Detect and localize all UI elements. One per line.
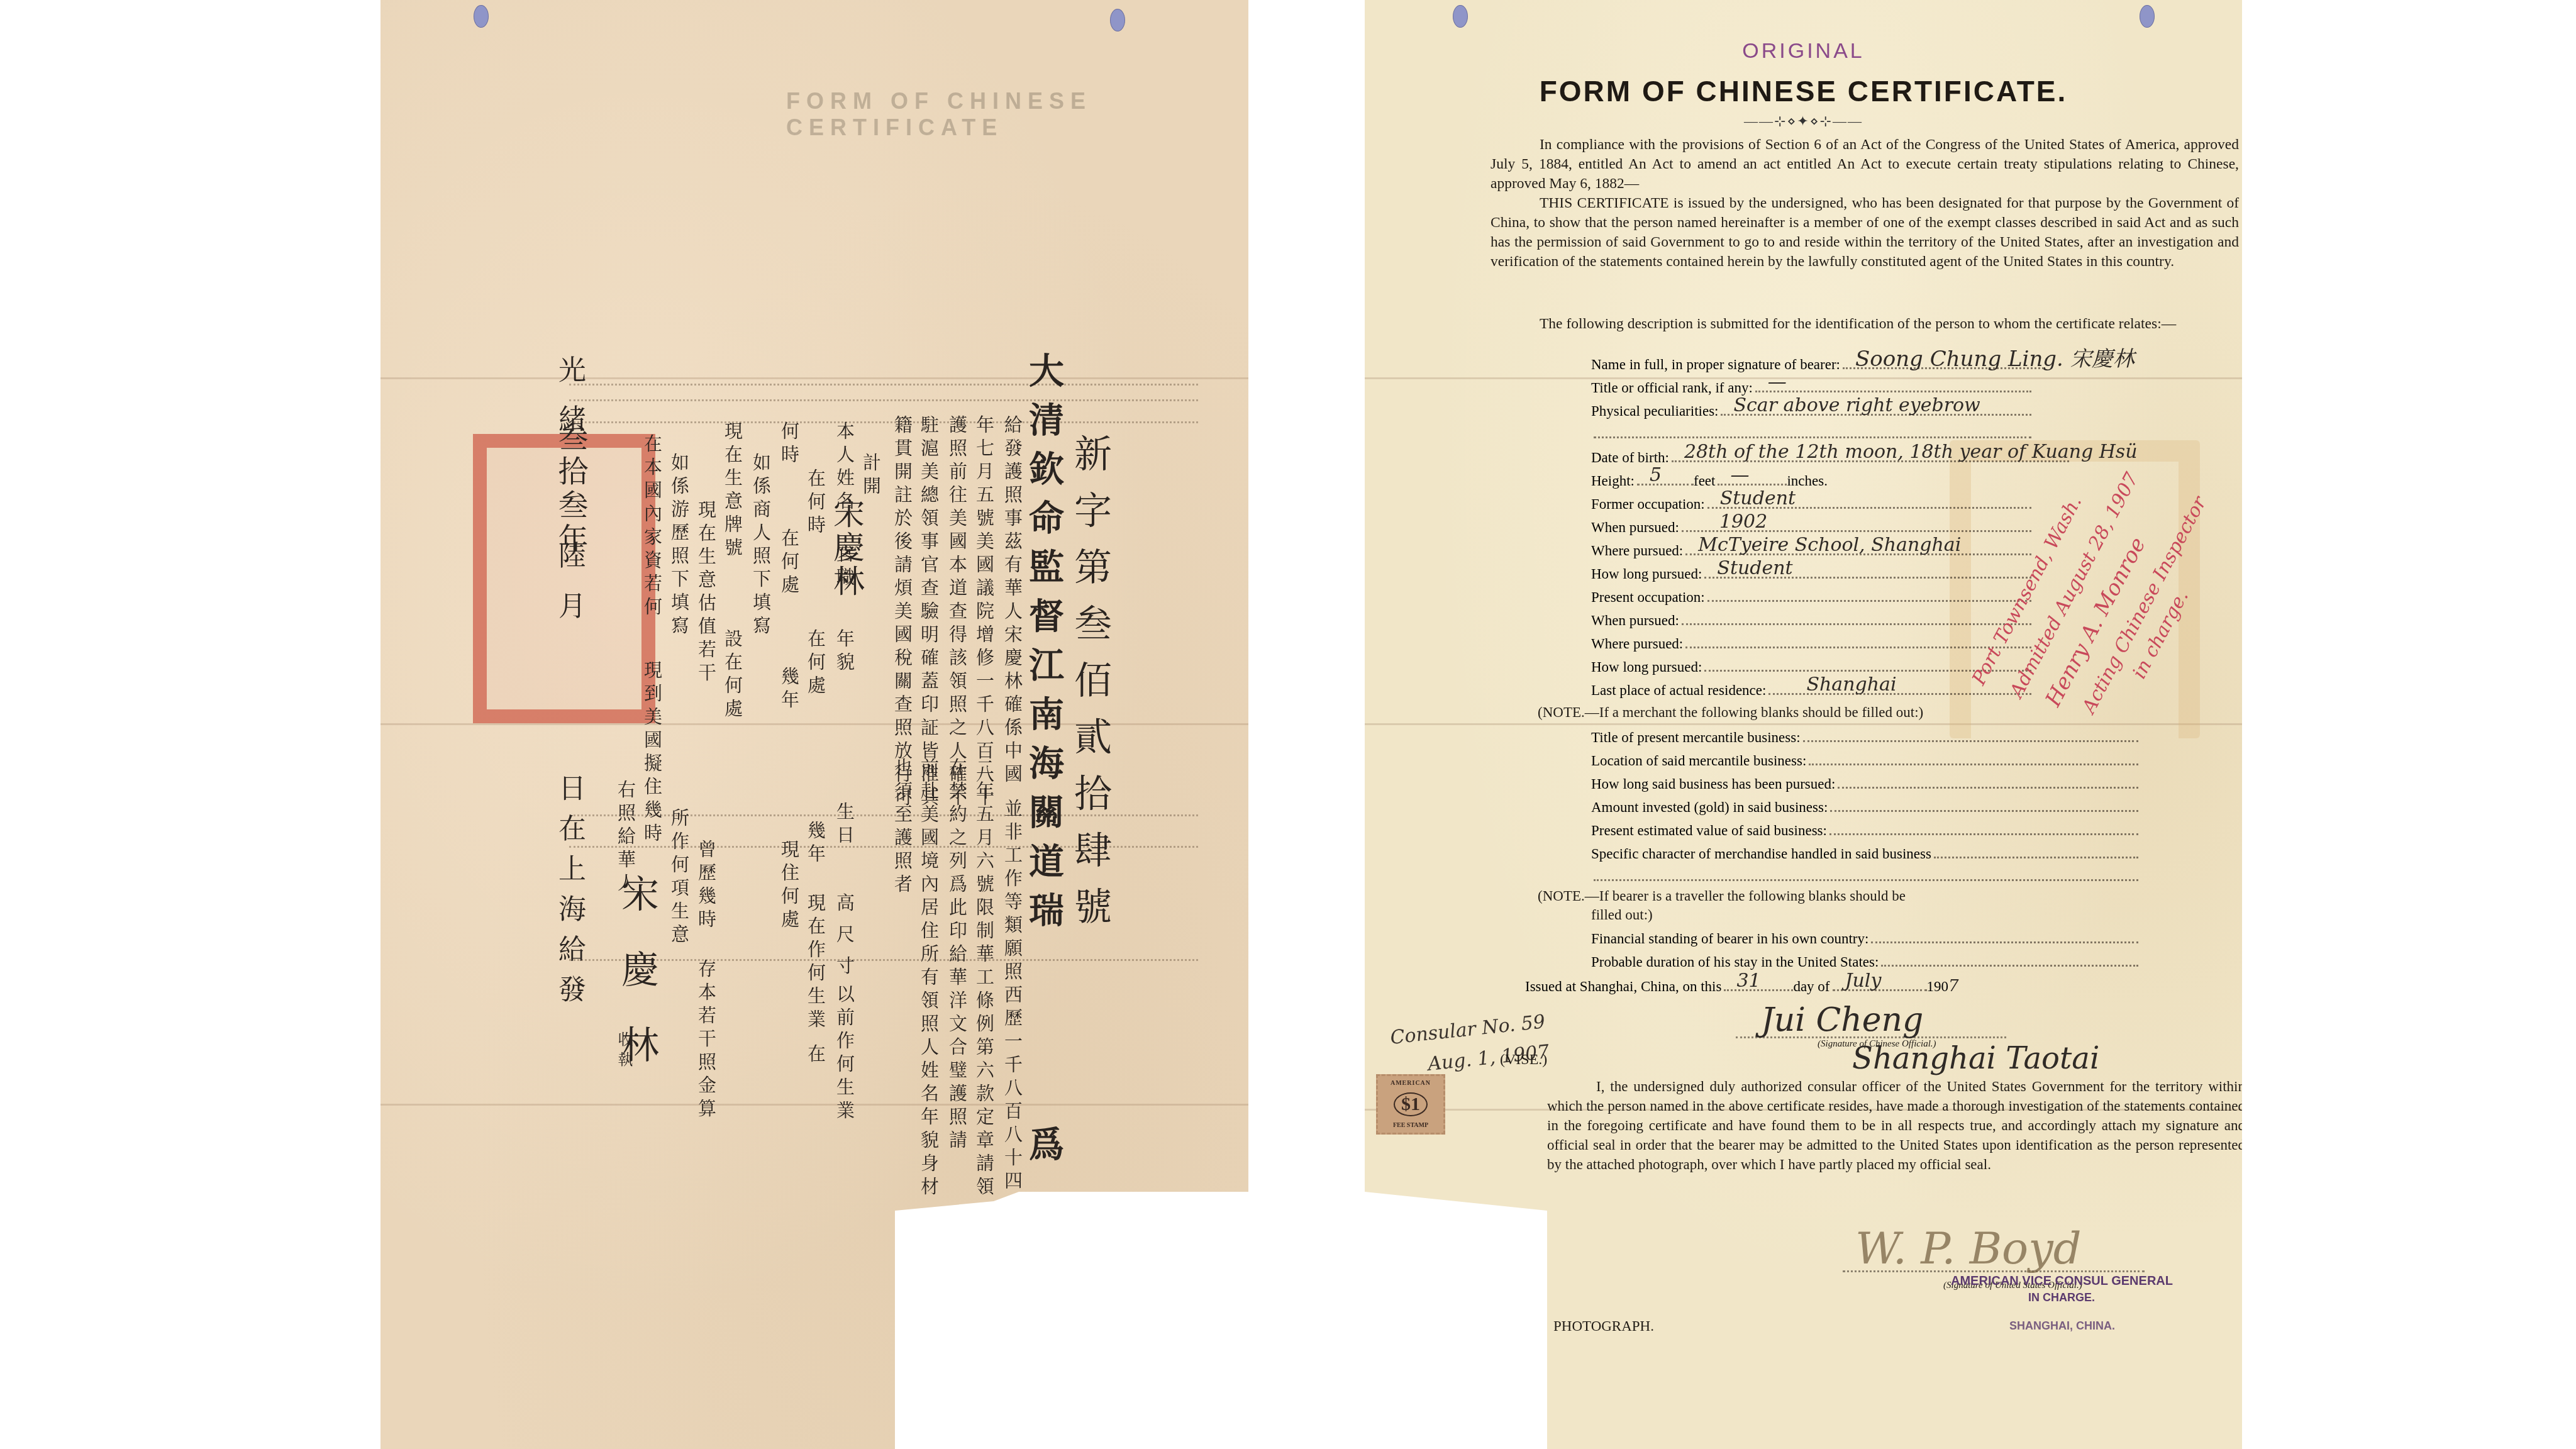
intro-column-lower: 在禁約之列爲此印給華洋文合璧護照請: [945, 758, 970, 1153]
english-certificate-page: ORIGINAL FORM OF CHINESE CERTIFICATE. ——…: [1365, 0, 2242, 1449]
field-business-duration[interactable]: How long said business has been pursued:: [1591, 775, 2138, 794]
field-mercantile-title[interactable]: Title of present mercantile business:: [1591, 728, 2138, 747]
fold-line: [380, 1104, 1248, 1106]
dotted-rule: [569, 399, 1198, 401]
fee-stamp: AMERICAN $1 FEE STAMP: [1376, 1074, 1445, 1135]
field-mercantile-location[interactable]: Location of said mercantile business:: [1591, 752, 2138, 770]
field-label-residence: 現住何處: [777, 840, 802, 933]
vise-label: (VISE.): [1500, 1052, 1547, 1069]
field-label-height: 高: [832, 893, 858, 916]
form-title: FORM OF CHINESE CERTIFICATE.: [1365, 74, 2242, 108]
fold-line: [380, 723, 1248, 725]
field-label-former-occupation: 以前作何生業: [832, 984, 858, 1124]
us-official-signature-line[interactable]: W. P. Boyd: [1843, 1233, 2145, 1272]
shanghai-china-stamp: SHANGHAI, CHINA.: [2009, 1319, 2115, 1333]
field-height[interactable]: Height: 5 feet — inches.: [1591, 472, 1843, 491]
field-label: 現在生意牌號: [720, 421, 746, 561]
field-label: 所作何項生意: [667, 808, 692, 948]
intro-column-lower: 前赴美國境內居住所有領照人姓名年貌身材: [916, 758, 942, 1200]
bleed-through-text: FORM OF CHINESE CERTIFICATE: [786, 88, 1248, 141]
pin-hole-icon: [1453, 5, 1468, 28]
field-label: 在何時: [803, 469, 829, 538]
field-merchandise-character[interactable]: Specific character of merchandise handle…: [1591, 845, 2138, 863]
issue-day-place: 日在上海給發: [549, 774, 589, 1015]
serial-value: 叁佰貳拾肆: [1068, 604, 1112, 887]
pin-hole-icon: [1110, 9, 1125, 31]
field-amount-invested[interactable]: Amount invested (gold) in said business:: [1591, 798, 2138, 817]
field-label: 現到美國擬住幾時: [640, 660, 665, 847]
field-label: 現在生意估值若干: [694, 500, 719, 686]
consul-statement: I, the undersigned duly authorized consu…: [1547, 1077, 2245, 1174]
field-label: 何時: [777, 421, 802, 468]
field-stay-duration[interactable]: Probable duration of his stay in the Uni…: [1591, 953, 2138, 972]
ornament-divider: ——⊹⋄✦⋄⊹——: [1365, 113, 2242, 130]
field-present-when-pursued[interactable]: When pursued:: [1591, 611, 2031, 630]
field-label-official-rank: 官職: [832, 544, 858, 591]
intro-column-lower: 二年五月六號限制華工條例第六款定章請領: [972, 758, 997, 1200]
chinese-certificate-page: FORM OF CHINESE CERTIFICATE 新字第叁佰貳拾肆號 大清…: [380, 0, 1248, 1449]
intro-column: 籍貫開註於後請煩美國稅關查照放行可: [890, 415, 916, 811]
field-label: 在何處: [777, 528, 802, 598]
field-physical-peculiarities[interactable]: Physical peculiarities:Scar above right …: [1591, 402, 2031, 421]
field-label: 曾歷幾時: [694, 840, 719, 933]
field-last-residence[interactable]: Last place of actual residence:Shanghai: [1591, 681, 2031, 700]
intro-column: 駐滬美總領事官查驗明確蓋印証皆准其: [916, 415, 942, 811]
pin-hole-icon: [2140, 5, 2155, 28]
intro-column-lower: 也須至護照者: [890, 758, 916, 897]
field-former-occupation[interactable]: Former occupation:Student: [1591, 495, 2031, 514]
field-estimated-value[interactable]: Present estimated value of said business…: [1591, 821, 2138, 840]
field-merchandise-character-cont[interactable]: [1591, 868, 2138, 881]
vice-consul-stamp: AMERICAN VICE CONSUL GENERAL: [1951, 1274, 2173, 1289]
field-physical-peculiarities-cont[interactable]: [1591, 425, 2031, 438]
serial-suffix: 號: [1068, 887, 1112, 943]
field-label: 年貌: [832, 629, 858, 675]
month-number: 陸: [549, 541, 589, 590]
serial-number: 新字第叁佰貳拾肆號: [1063, 434, 1117, 943]
chinese-official-signature-line[interactable]: Jui Cheng: [1736, 1014, 2006, 1038]
merchant-note: (NOTE.—If a merchant the following blank…: [1538, 704, 1923, 721]
issued-date-line[interactable]: Issued at Shanghai, China, on this 31 da…: [1525, 977, 2138, 996]
serial-prefix: 新字第: [1068, 434, 1112, 604]
traveller-note: 如係游歷照下填寫: [667, 453, 692, 639]
preamble-paragraph: In compliance with the provisions of Sec…: [1491, 135, 2239, 194]
issuer-title: 大清欽命監督江南海關道瑞: [1019, 352, 1069, 941]
field-label: 幾年: [803, 821, 829, 867]
field-label: 在何處: [803, 629, 829, 699]
certificate-paragraph: THIS CERTIFICATE is issued by the unders…: [1491, 194, 2239, 272]
field-label: 存本若干照金算: [694, 959, 719, 1122]
merchant-note: 如係商人照下填寫: [748, 453, 774, 639]
description-intro: The following description is submitted f…: [1491, 314, 2239, 334]
field-where-pursued[interactable]: Where pursued:McTyeire School, Shanghai: [1591, 541, 2031, 560]
traveller-note-line1: (NOTE.—If bearer is a traveller the foll…: [1538, 888, 2141, 904]
pin-hole-icon: [474, 5, 489, 28]
field-label: 設在何處: [720, 629, 746, 722]
era-year: 叁拾叁年: [549, 421, 592, 557]
intro-column-lower: 並非工作等類願照西歷一千八百八十四: [1000, 799, 1026, 1194]
field-label: 計開: [858, 453, 884, 499]
dotted-rule: [569, 421, 1198, 423]
field-present-occupation[interactable]: Present occupation:: [1591, 588, 2031, 607]
month-label: 月: [549, 591, 589, 640]
field-label-inches: 寸: [832, 956, 858, 979]
field-financial-standing[interactable]: Financial standing of bearer in his own …: [1591, 930, 2138, 948]
field-label: 在本國內家資若何: [640, 434, 665, 620]
traveller-note-line2: filled out:): [1591, 907, 1653, 923]
field-label-birthday: 生日: [832, 802, 858, 848]
field-how-long-pursued[interactable]: How long pursued:Student: [1591, 565, 2031, 584]
field-label: 在: [803, 1044, 829, 1067]
intro-column: 給發護照事茲有華人宋慶林確係中國: [1000, 415, 1026, 787]
field-name[interactable]: Name in full, in proper signature of bea…: [1591, 355, 2044, 374]
field-present-where-pursued[interactable]: Where pursued:: [1591, 635, 2031, 653]
holder-suffix: 收執: [613, 1031, 635, 1072]
field-label: 幾年: [777, 667, 802, 713]
original-stamp: ORIGINAL: [1365, 39, 2242, 64]
dotted-rule: [569, 384, 1198, 386]
closing-character: 爲: [1019, 1126, 1069, 1175]
intro-column: 護照前往美國本道查得該領照之人確不: [945, 415, 970, 811]
field-label-present-occupation: 現在作何生業: [803, 893, 829, 1033]
fold-line: [380, 377, 1248, 379]
intro-column: 年七月五號美國議院增修一千八百八十: [972, 415, 997, 811]
taotai-title-handwritten: Shanghai Taotai: [1852, 1041, 2099, 1076]
field-date-of-birth[interactable]: Date of birth:28th of the 12th moon, 18t…: [1591, 448, 2069, 467]
photograph-label: PHOTOGRAPH.: [1553, 1318, 1654, 1335]
field-label-feet: 尺: [832, 924, 858, 948]
in-charge-stamp: IN CHARGE.: [2028, 1291, 2095, 1304]
